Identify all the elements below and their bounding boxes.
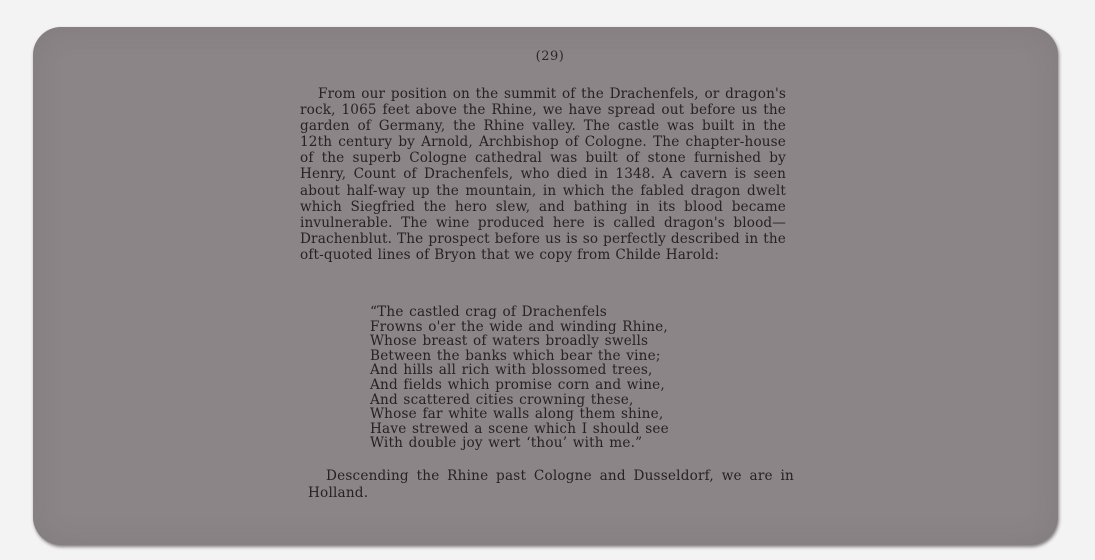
poem-line: “The castled crag of Drachenfels [370, 305, 669, 320]
poem-line: Whose far white walls along them shine, [370, 407, 669, 422]
poem-line: Between the banks which bear the vine; [370, 349, 669, 364]
paragraph-holland: Descending the Rhine past Cologne and Du… [308, 468, 794, 501]
poem-line: And hills all rich with blossomed trees, [370, 363, 669, 378]
page-number: (29) [520, 49, 580, 64]
poem-line: Have strewed a scene which I should see [370, 422, 669, 437]
poem-line: With double joy wert ‘thou’ with me.” [370, 436, 669, 451]
description-text: From our position on the summit of the D… [300, 86, 786, 263]
poem-line: And fields which promise corn and wine, [370, 378, 669, 393]
closing-text: Descending the Rhine past Cologne and Du… [308, 468, 794, 501]
poem-childe-harold: “The castled crag of Drachenfels Frowns … [370, 305, 669, 451]
poem-line: Frowns o'er the wide and winding Rhine, [370, 320, 669, 335]
poem-line: And scattered cities crowning these, [370, 393, 669, 408]
paragraph-drachenfels: From our position on the summit of the D… [300, 86, 786, 263]
poem-line: Whose breast of waters broadly swells [370, 334, 669, 349]
